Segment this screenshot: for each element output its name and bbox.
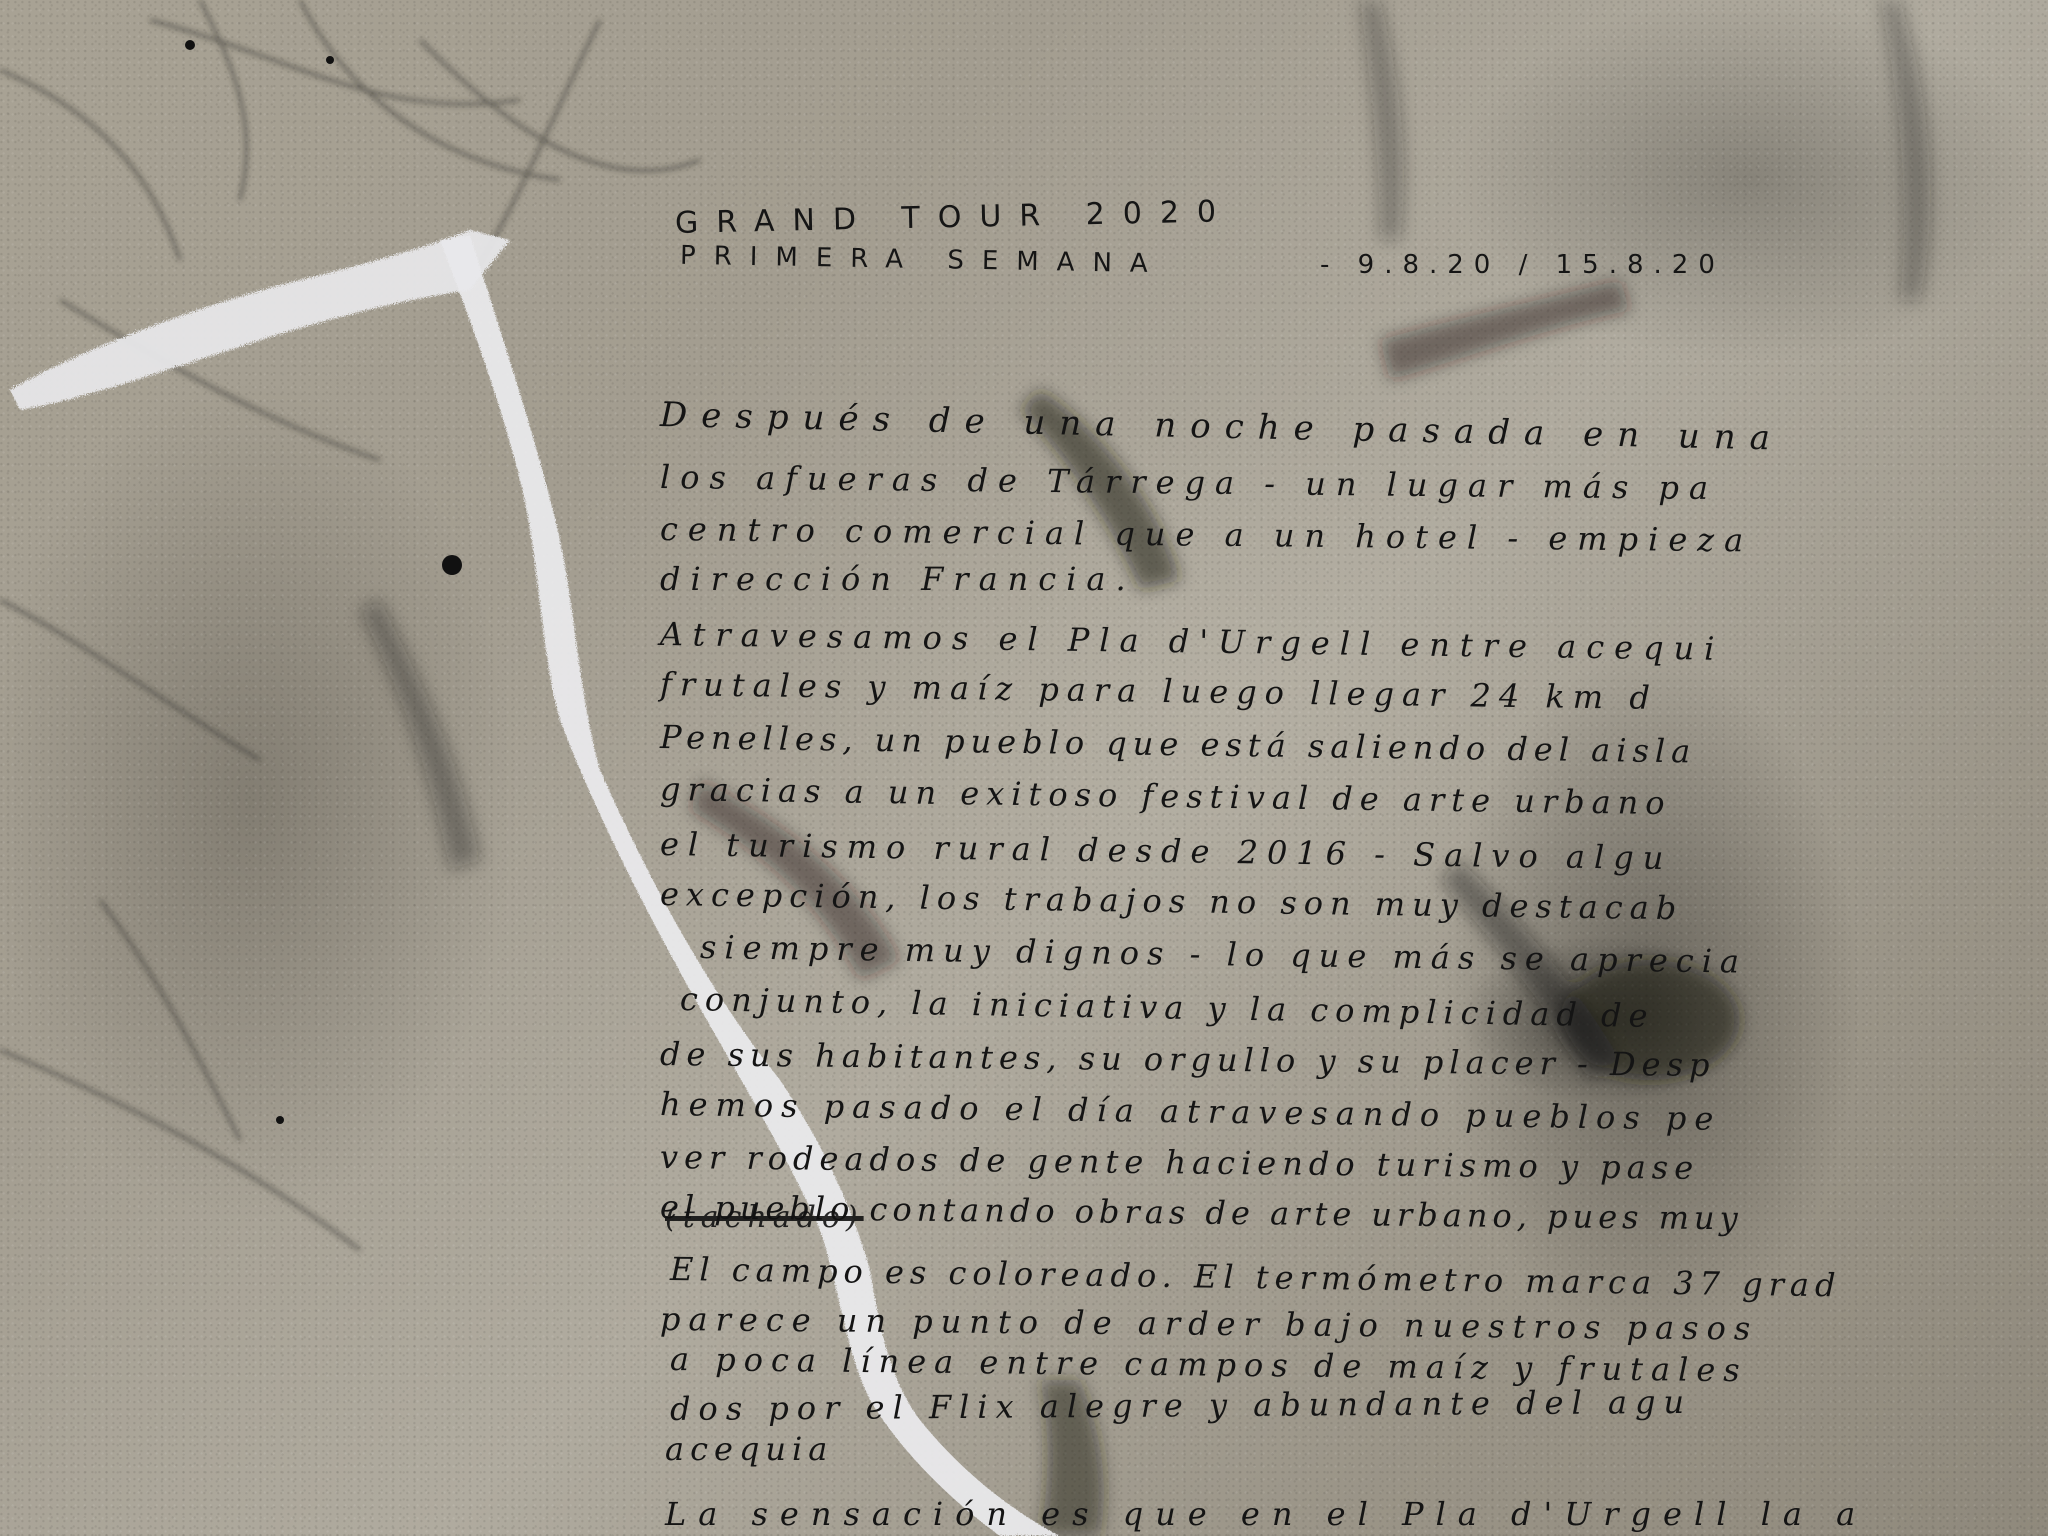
ink-dots	[185, 40, 462, 1124]
body-line: dos por el Flix alegre y abundante del a…	[670, 1383, 1692, 1428]
crossed-out-line: (tachado)	[665, 1200, 864, 1235]
charcoal-scribbles	[0, 0, 700, 1250]
body-line: dirección Francia.	[660, 560, 1136, 598]
body-line: La sensación es que en el Pla d'Urgell l…	[665, 1495, 1867, 1533]
heading-dates: - 9.8.20 / 15.8.20	[1320, 250, 1725, 280]
body-line: acequia	[665, 1430, 833, 1468]
